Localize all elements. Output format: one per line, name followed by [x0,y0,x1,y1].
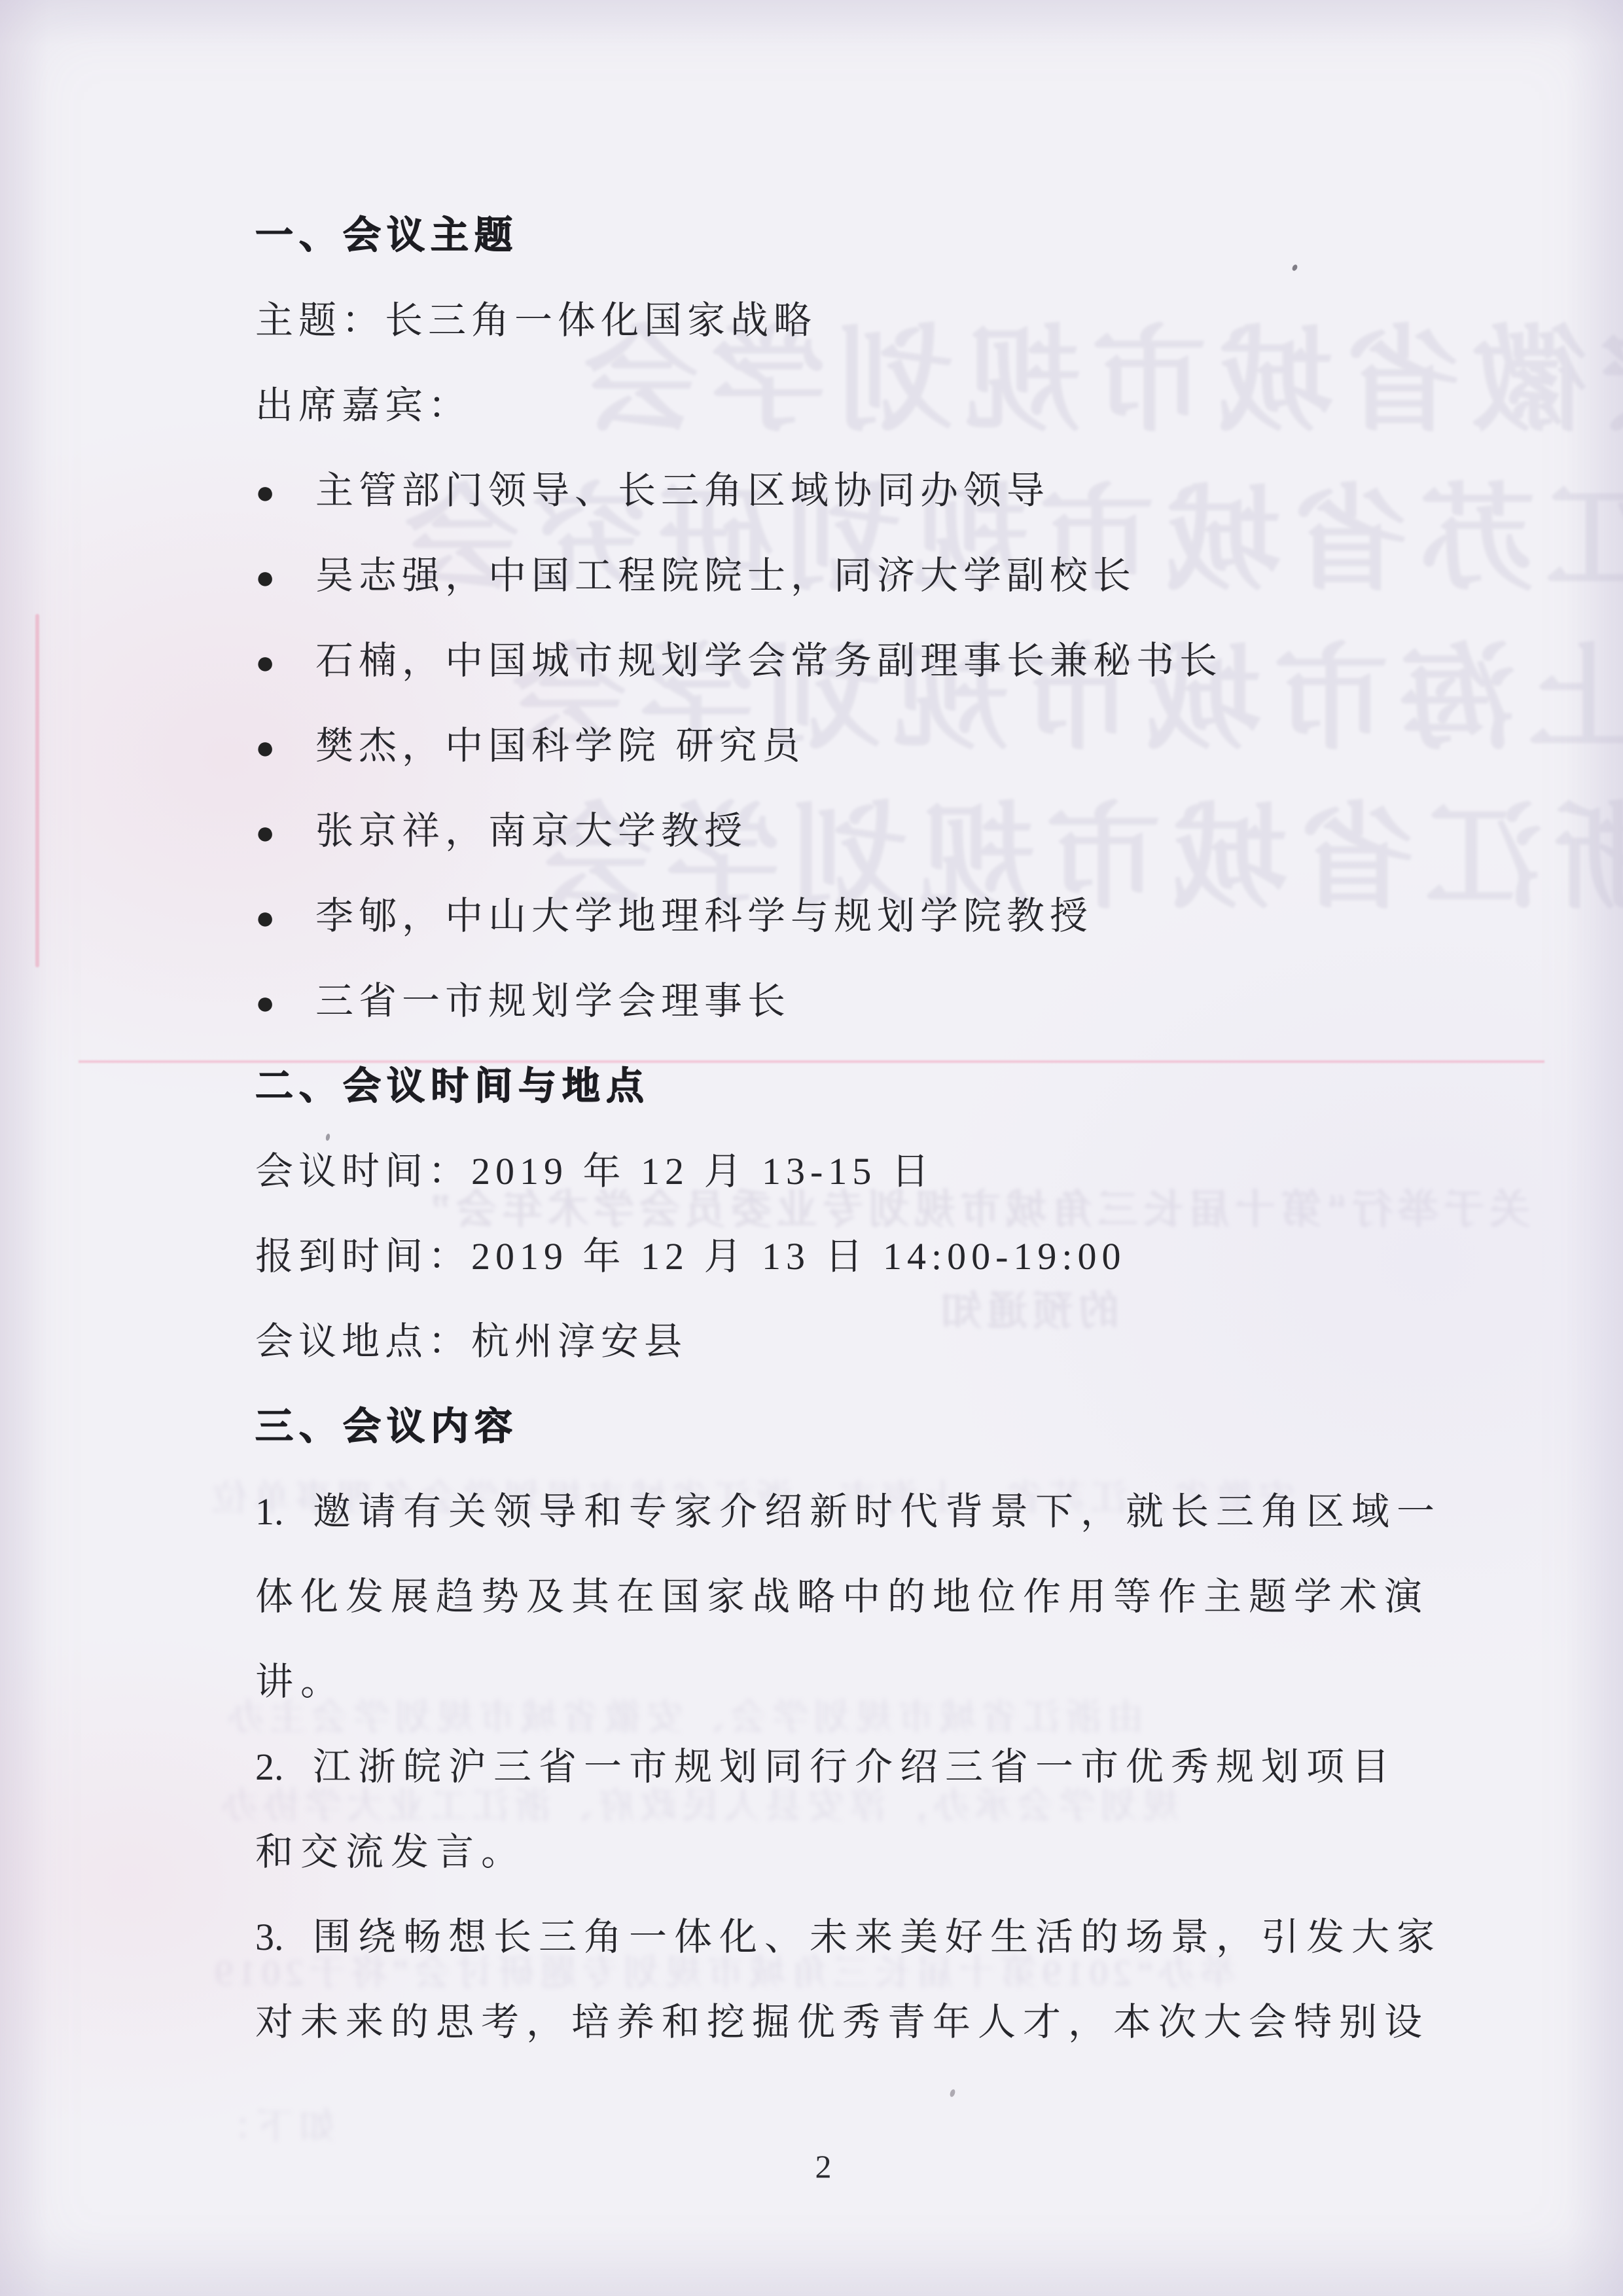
body-line: 主题：长三角一体化国家战略 [255,278,1433,363]
section-heading: 一、会议主题 [255,193,1433,278]
bullet-text: 石楠，中国城市规划学会常务副理事长兼秘书长 [315,639,1222,682]
bullet-dot-icon: ● [255,620,315,705]
item-number: 2. [255,1725,313,1810]
bullet-text: 李郇，中山大学地理科学与规划学院教授 [315,895,1093,937]
section-heading: 三、会议内容 [255,1384,1433,1469]
numbered-item: 1.邀请有关领导和专家介绍新时代背景下，就长三角区域一 [255,1469,1433,1554]
scanner-pink-streak [35,614,39,967]
body-line: 会议地点：杭州淳安县 [255,1299,1433,1384]
bullet-dot-icon: ● [255,875,315,960]
bullet-dot-icon: ● [255,535,315,620]
numbered-item: 3.围绕畅想长三角一体化、未来美好生活的场景，引发大家 [255,1895,1433,1980]
guest-bullet-item: ●三省一市规划学会理事长 [255,959,1433,1044]
scanned-document-page: 安徽省城市规划学会江苏省城市规划研究会上海市城市规划学会浙江省城市规划学会 关于… [0,0,1623,2296]
continuation-line: 和交流发言。 [255,1810,1433,1895]
scan-speck [949,2089,956,2098]
item-text: 围绕畅想长三角一体化、未来美好生活的场景，引发大家 [313,1916,1442,1958]
document-body: 一、会议主题主题：长三角一体化国家战略出席嘉宾：●主管部门领导、长三角区域协同办… [255,193,1433,2065]
body-line: 报到时间：2019 年 12 月 13 日 14:00-19:00 [255,1214,1433,1299]
bullet-dot-icon: ● [255,705,315,790]
guest-bullet-item: ●李郇，中山大学地理科学与规划学院教授 [255,874,1433,959]
content-lines: 一、会议主题主题：长三角一体化国家战略出席嘉宾：●主管部门领导、长三角区域协同办… [255,193,1433,2065]
item-text: 邀请有关领导和专家介绍新时代背景下，就长三角区域一 [313,1490,1442,1533]
bullet-text: 吴志强，中国工程院院士，同济大学副校长 [315,554,1136,597]
guest-bullet-item: ●吴志强，中国工程院院士，同济大学副校长 [255,533,1433,619]
guest-bullet-item: ●樊杰，中国科学院 研究员 [255,704,1433,789]
item-number: 1. [255,1469,313,1554]
item-text: 江浙皖沪三省一市规划同行介绍三省一市优秀规划项目 [313,1746,1397,1788]
continuation-line: 对未来的思考，培养和挖掘优秀青年人才，本次大会特别设 [255,1980,1433,2065]
guest-bullet-item: ●张京祥，南京大学教授 [255,789,1433,874]
continuation-line: 讲。 [255,1640,1433,1725]
bullet-dot-icon: ● [255,450,315,535]
page-number: 2 [797,2124,849,2209]
bleed-through-body-line: 如下： [209,2098,335,2150]
bullet-text: 三省一市规划学会理事长 [315,980,791,1022]
continuation-line: 体化发展趋势及其在国家战略中的地位作用等作主题学术演 [255,1554,1433,1640]
section-heading: 二、会议时间与地点 [255,1044,1433,1129]
bullet-text: 主管部门领导、长三角区域协同办领导 [315,469,1050,512]
guest-bullet-item: ●石楠，中国城市规划学会常务副理事长兼秘书长 [255,619,1433,704]
numbered-item: 2.江浙皖沪三省一市规划同行介绍三省一市优秀规划项目 [255,1725,1433,1810]
guest-bullet-item: ●主管部门领导、长三角区域协同办领导 [255,448,1433,533]
bullet-dot-icon: ● [255,960,315,1045]
bullet-text: 张京祥，南京大学教授 [315,810,747,852]
bullet-text: 樊杰，中国科学院 研究员 [315,725,806,767]
bullet-dot-icon: ● [255,790,315,875]
body-line: 会议时间：2019 年 12 月 13-15 日 [255,1129,1433,1214]
item-number: 3. [255,1895,313,1980]
body-line: 出席嘉宾： [255,363,1433,448]
